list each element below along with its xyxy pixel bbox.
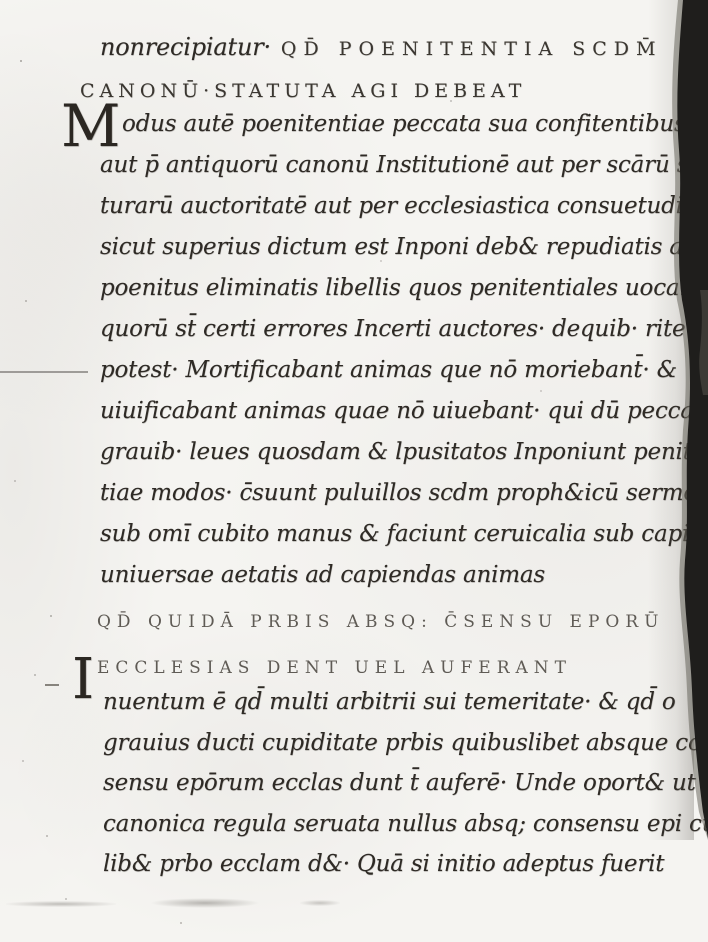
- page-edge-tear: [0, 0, 708, 942]
- smudge-artifact: [6, 901, 116, 907]
- smudge-artifact: [300, 900, 340, 906]
- manuscript-page: nonrecipiatur·QD̄ POENITENTIA SCDM̄ CANO…: [0, 0, 708, 942]
- smudge-artifact: [150, 898, 260, 908]
